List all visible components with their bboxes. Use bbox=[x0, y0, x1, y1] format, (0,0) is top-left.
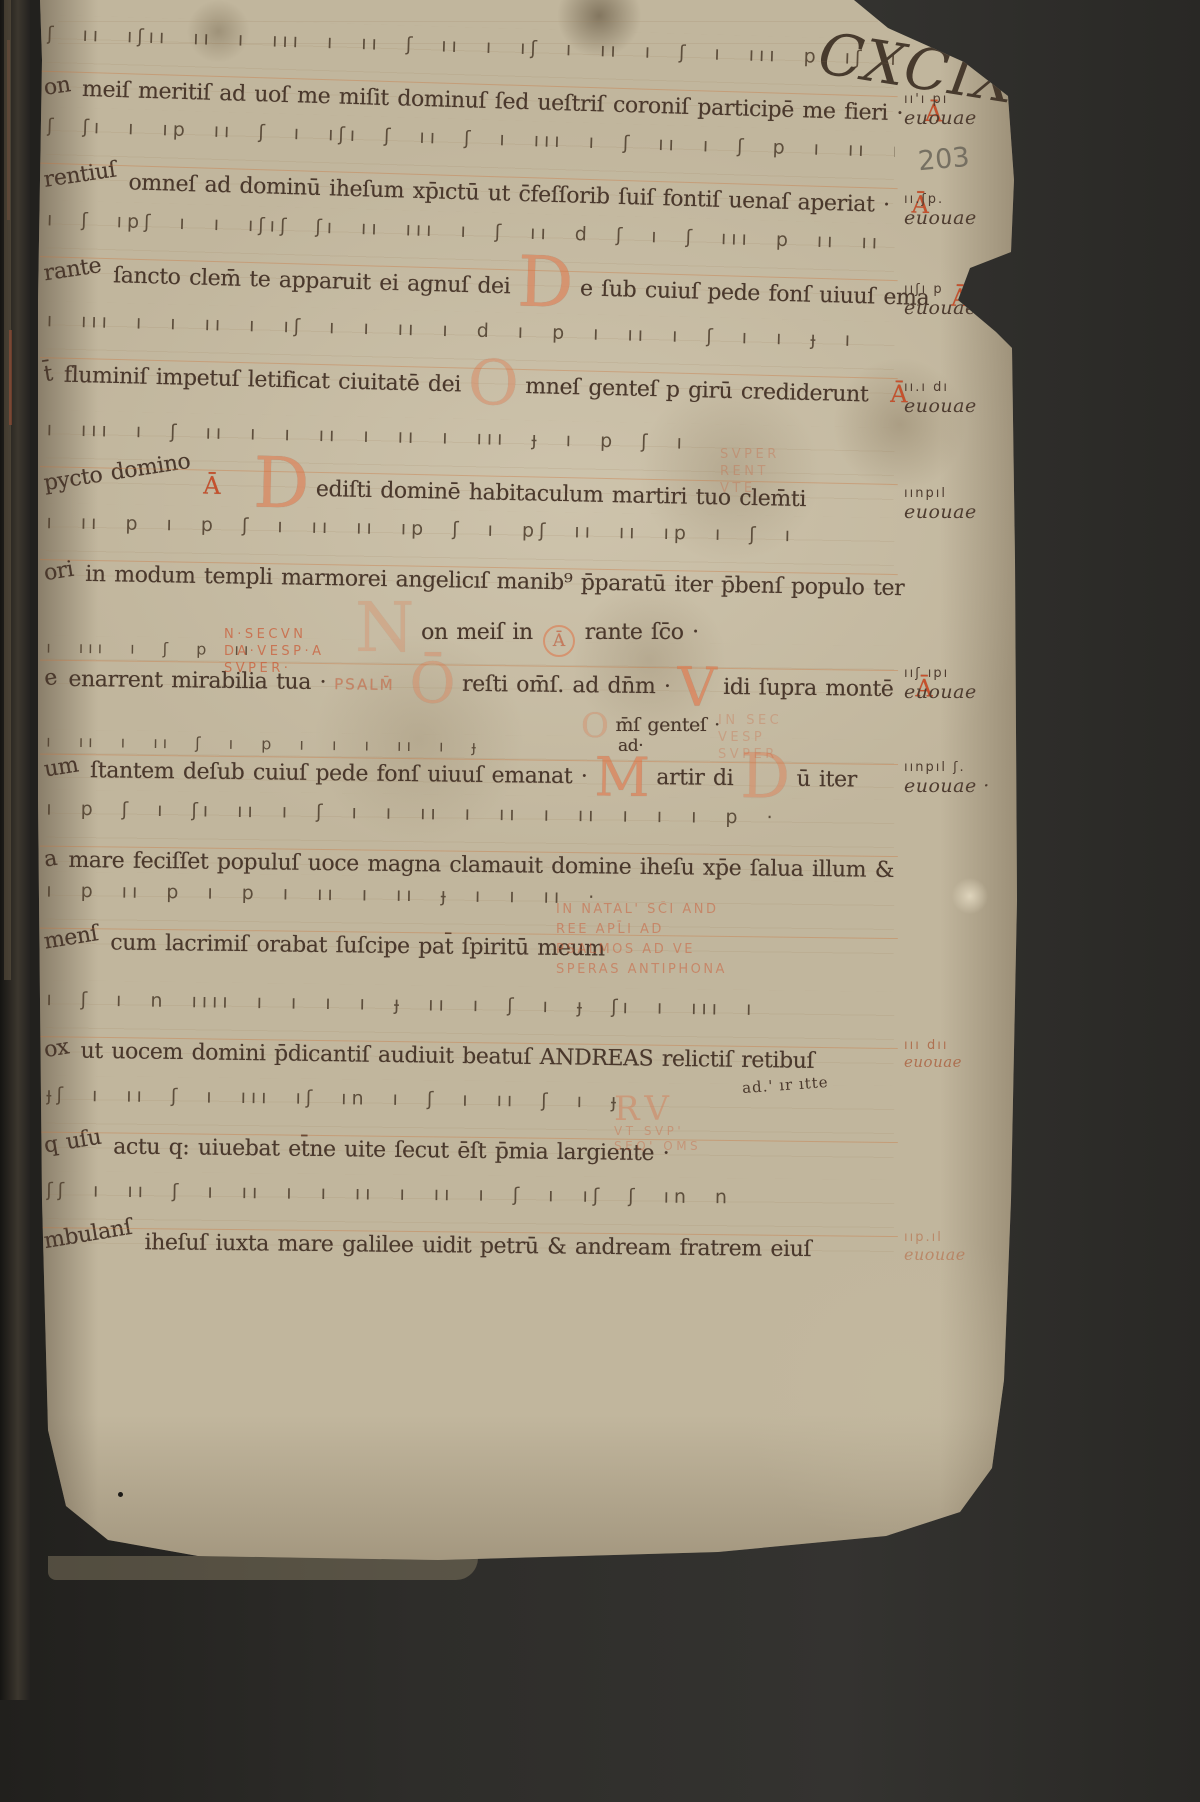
euouae-label: euouae bbox=[904, 395, 1016, 417]
pencil-page-number: 203 bbox=[917, 142, 971, 177]
euouae-entry: ıınpıl euouae bbox=[904, 486, 1016, 523]
under-page-edge bbox=[48, 1556, 478, 1580]
red-initial: Ō bbox=[409, 651, 455, 717]
euouae-label: euouae bbox=[904, 681, 1016, 703]
chant-line: ı p ıı p ı p ı ıı ı ıı ɟ ı ı ıı · menſcu… bbox=[46, 872, 895, 965]
manuscript-page: CXCIX 203 ʃ ıı ıʃıı ıı ı ııı ı ıı ʃ ıı ı… bbox=[18, 0, 1020, 1572]
neume-snippet: ıınpıl ʃ. bbox=[904, 760, 1016, 775]
neume-snippet: ııp.ıl bbox=[904, 1230, 1016, 1245]
rubric-faded: SVPER RENT VTE bbox=[720, 446, 780, 497]
chant-line: ı ııı ı ʃ p ıı eenarrent mirabilia tua ·… bbox=[46, 636, 895, 702]
neume-snippet: ıı.ı dı bbox=[904, 380, 1016, 395]
euouae-entry: ıı.ʃp. euouae bbox=[904, 192, 1016, 229]
euouae-label: euouae bbox=[904, 107, 1016, 129]
chant-line: ı ııı ı ı ıı ı ıʃ ı ı ıı ı d ı p ı ıı ı … bbox=[45, 301, 895, 408]
euouae-label: euouae · bbox=[904, 775, 1016, 797]
gutter-fragment: ox bbox=[42, 1034, 71, 1063]
ink-dot bbox=[118, 1492, 123, 1497]
chant-line: ʃʃ ı ıı ʃ ı ıı ı ı ıı ı ıı ı ʃ ı ıʃ ʃ ın… bbox=[46, 1171, 895, 1263]
under-leaf-sliver bbox=[7, 40, 10, 220]
gutter-fragment: rentiuſ bbox=[42, 157, 118, 192]
gutter-fragment: t̄ bbox=[42, 361, 54, 387]
euouae-entry: ııp.ıl euouae bbox=[904, 1230, 1016, 1264]
chant-line: ı ʃ ıpʃ ı ı ıʃıʃ ʃı ıı ııı ı ʃ ıı d ʃ ı … bbox=[45, 200, 895, 310]
euouae-entry: ııı dıı euouae bbox=[904, 1038, 1016, 1071]
red-edge-mark bbox=[9, 330, 12, 425]
euouae-entry: ııʃı p euouae bbox=[904, 282, 1016, 319]
euouae-entry: ıı'ı pı euouae bbox=[904, 92, 1016, 129]
euouae-label: euouae bbox=[904, 1245, 1016, 1264]
red-initial: D bbox=[516, 241, 574, 325]
gutter-fragment: ori bbox=[42, 557, 75, 586]
red-initial: O bbox=[467, 346, 519, 420]
rubric-second-vespers: N·SECVN DA·VESP·A SVPER· bbox=[224, 626, 325, 677]
chant-text: eenarrent mirabilia tua ·PSALM̄Ōreſti om… bbox=[46, 664, 894, 702]
euouae-entry: ıınpıl ʃ. euouae · bbox=[904, 760, 1016, 797]
chant-line: ı ʃ ı n ıııı ı ı ı ı ɟ ıı ı ʃ ı ɟ ʃı ı ı… bbox=[46, 980, 895, 1075]
neume-snippet: ııı dıı bbox=[904, 1038, 1016, 1053]
rubric-faded: IN SEC VESP SVPER bbox=[718, 712, 782, 763]
chant-line: ı p ʃ ı ʃı ıı ı ʃ ı ı ıı ı ıı ı ıı ı ı ı… bbox=[46, 790, 895, 883]
inline-rubric: PSALM̄ bbox=[334, 675, 395, 694]
chant-text: mbulanſiheſuſ iuxta mare galilee uidit p… bbox=[46, 1229, 894, 1263]
chant-line: ʃ ʃı ı ıp ıı ʃ ı ıʃı ʃ ıı ʃ ı ııı ı ʃ ıı… bbox=[45, 107, 895, 218]
gutter-fragment: um bbox=[42, 752, 80, 782]
euouae-label: euouae bbox=[904, 1053, 1016, 1071]
gutter-fragment: a bbox=[42, 846, 59, 873]
euouae-entry: ııʃ ıpı euouae bbox=[904, 666, 1016, 703]
gutter-fragment: on bbox=[42, 72, 72, 101]
neume-snippet: ııʃ ıpı bbox=[904, 666, 1016, 681]
red-initial: RV bbox=[614, 1094, 701, 1124]
neume-row: ʃʃ ı ıı ʃ ı ıı ı ı ıı ı ıı ı ʃ ı ıʃ ʃ ın… bbox=[46, 1171, 895, 1238]
bottom-page-number: 203 bbox=[935, 1527, 968, 1549]
red-a-mark: Ā bbox=[203, 472, 221, 500]
rubric-natale-sancti-andree: IN NATAL' SC̄I AND REE APL̄I AD PSALMOS … bbox=[556, 900, 727, 980]
neume-row: ı p ıı p ı p ı ıı ı ıı ɟ ı ı ıı · bbox=[46, 872, 895, 940]
neume-snippet: ıı'ı pı bbox=[904, 92, 1016, 107]
euouae-label: euouae bbox=[904, 207, 1016, 229]
euouae-label: euouae bbox=[904, 297, 1016, 319]
euouae-label: euouae bbox=[904, 501, 1016, 523]
euouae-entry: ıı.ı dı euouae bbox=[904, 380, 1016, 417]
chant-line: ı ıı p ı p ʃ ı ıı ıı ıp ʃ ı pʃ ıı ıı ıp … bbox=[45, 503, 894, 601]
red-initial: V bbox=[677, 655, 716, 718]
neume-row: ı p ʃ ı ʃı ıı ı ʃ ı ı ıı ı ıı ı ıı ı ı ı… bbox=[46, 790, 895, 858]
neume-snippet: ıı.ʃp. bbox=[904, 192, 1016, 207]
neume-snippet: ııʃı p bbox=[904, 282, 1016, 297]
neume-snippet: ıınpıl bbox=[904, 486, 1016, 501]
gutter-fragment: e bbox=[42, 665, 58, 692]
neume-row: ı ʃ ı n ıııı ı ı ı ı ɟ ıı ı ʃ ı ɟ ʃı ı ı… bbox=[46, 980, 895, 1050]
rubric-responsory: RV VT SVP' SEQ' OMS bbox=[614, 1094, 701, 1154]
